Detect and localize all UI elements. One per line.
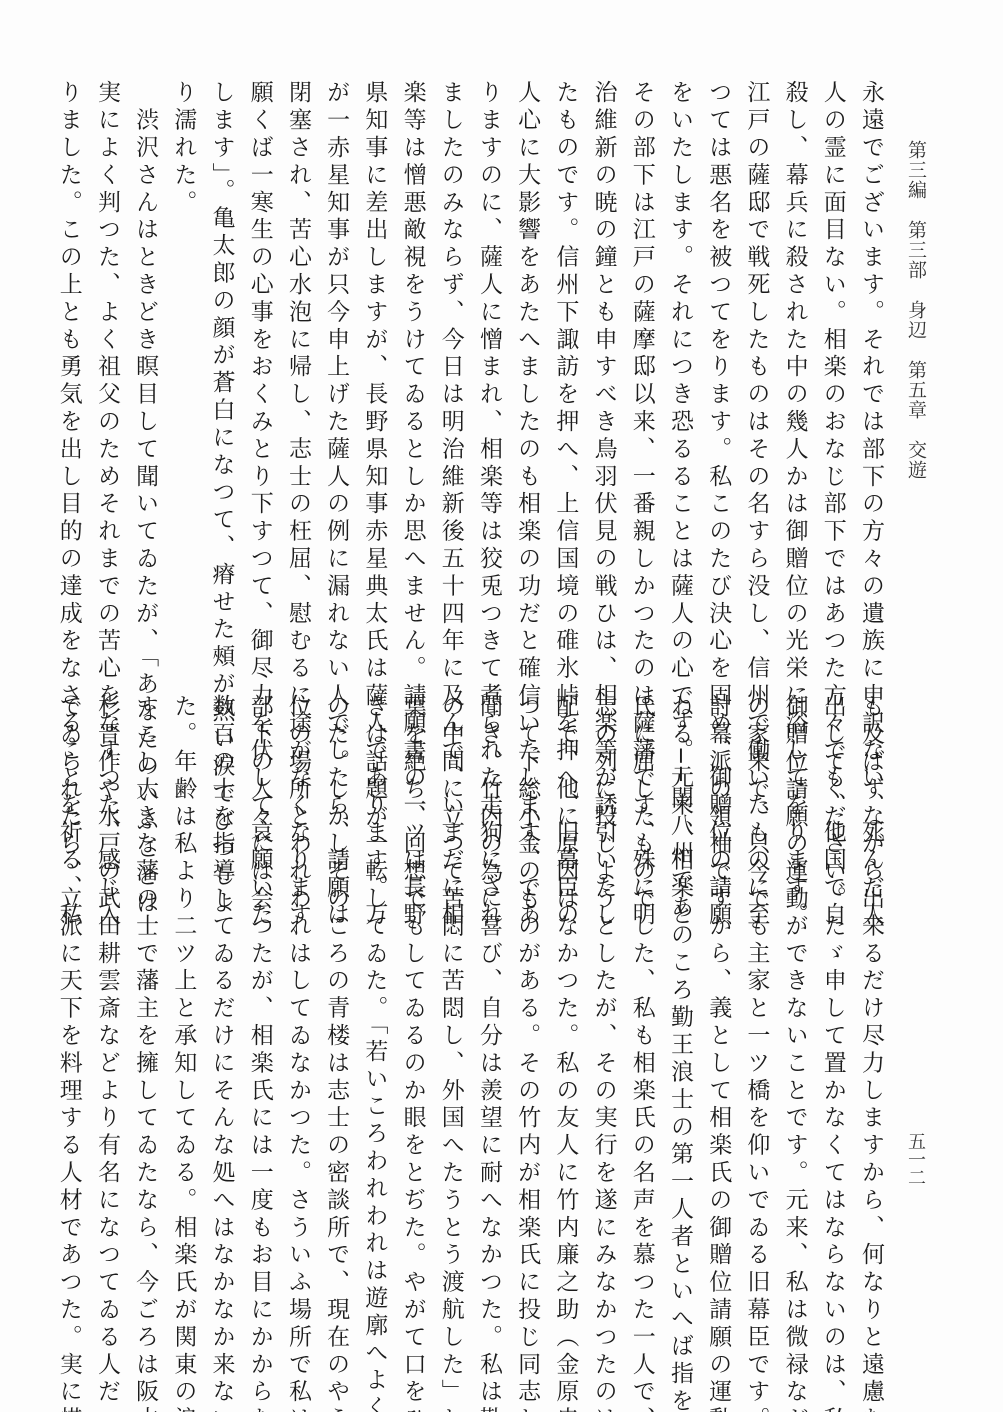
- text-column: たものです。信州下諏訪を押へ、上信国境の碓氷峠を押へ、旧幕臣の: [546, 80, 584, 670]
- text-column: 願くば一寒生の心事をおくみとり下すつて、御尽力を伏して哀願いた: [241, 80, 279, 670]
- text-column: のだ。しかしそのころの青楼は志士の密談所で、現在のやうに遊興本: [317, 694, 355, 1354]
- text-column: も及ばずながら出来るだけ尽力しますから、何なりと遠慮なく注文を: [852, 694, 890, 1354]
- text-column: 杉晋作や水戸の武田耕雲斎などより有名になつてゐる人だつた。存命: [88, 694, 126, 1354]
- text-column: 人の霊に面目ない。相楽のおなじ部下ではあつた方々でも、他国で自: [814, 80, 852, 670]
- text-column: します」。亀太郎の顔が蒼白になつて、瘠せた頰が熱い涙でびつしよ: [202, 80, 240, 670]
- running-head: 第三編 第三部 身辺 第五章 交遊: [900, 140, 930, 460]
- text-column: 実によく判つた、よく祖父のためそれまでの苦心をなすつた、感じ入: [88, 80, 126, 670]
- page-number: 五一二: [898, 1132, 928, 1212]
- text-column: りました。この上とも勇気を出し目的の達成をなさることを祈る、私: [50, 80, 88, 670]
- text-column: 志の列に投じようとしたが、その実行を遂にみなかつたのは運命の支: [584, 694, 622, 1354]
- text-column: 討幕派の領袖ですから、義として相楽氏の御贈位請願の運動ができか: [699, 694, 737, 1354]
- text-column: 聞き、竹内の為に喜び、自分は羨望に耐へなかつた。私は勤王と佐幕: [470, 694, 508, 1354]
- text-column: 治維新の暁の鐘とも申すべき鳥羽伏見の戦ひは、相楽等が誘引いたし: [584, 80, 622, 670]
- text-column: 氏に屈したものでした、私も相楽氏の名声を慕つた一人で、幾度も同: [623, 694, 661, 1354]
- text-column: つて下総小金のものがある。その竹内が相楽氏に投じ同志となつたと: [508, 694, 546, 1354]
- text-column: 楽等は憎悪敵視をうけてゐるとしか思へません。請願書の一ツは長野: [393, 80, 431, 670]
- text-column: 人心に大影響をあたへましたのも相楽の功だと確信いたします、であ: [508, 80, 546, 670]
- text-column: つては悪名を被つてをります。私このたび決心を固め、御贈位の請願: [699, 80, 737, 670]
- text-column: た。年齢は私より二ツ上と承知してゐる。相楽氏が関東の浪士でなく: [164, 694, 202, 1354]
- text-column: 配で、他に原因はなかつた。私の友人に竹内廉之助（金原忠蔵）とい: [546, 694, 584, 1354]
- text-column: の家来で、只今でも主家と一ツ橋を仰いでゐる旧幕臣です。相楽氏は: [737, 694, 775, 1354]
- text-column: きは話題が一転してゐた。「若いころわれわれは遊廓へよく行つたも: [355, 694, 393, 1354]
- text-column: すこし大きな藩の士で藩主を擁してゐたなら、今ごろは阪本竜馬や高: [126, 694, 164, 1354]
- text-column: をいたします。それにつき恐るることは薩人の心です。元来、相楽と: [661, 80, 699, 670]
- text-column: 県知事に差出しますが、長野県知事赤星典太氏は薩人であります。万: [355, 80, 393, 670]
- text-column: り濡れた。: [164, 80, 202, 670]
- text-column: 江戸の薩邸で戦死したものはその名すら没し、信州で働いたものに至: [737, 80, 775, 670]
- text-column: の中間に立つて苦悶に苦悶し、外国へたうとう渡航した」といつて言: [432, 694, 470, 1354]
- text-column: ましたのみならず、今日は明治維新後五十四年に及んで、いまだに相: [432, 80, 470, 670]
- text-column: ねる──関八州であのころ勤王浪士の第一人者といへば指をまづ相楽: [661, 694, 699, 1354]
- text-column: りますのに、薩人に憎まれ、相楽等は狡兎つきて煮られた走狗にされ: [470, 80, 508, 670]
- text-column: 出してください。たゞ申して置かなくてはならないのは、私の立場上: [814, 694, 852, 1354]
- bottom-text-block: も及ばずながら出来るだけ尽力しますから、何なりと遠慮なく注文を 出してください。…: [50, 694, 890, 1354]
- text-column: 御贈位請願の運動ができないことです。元来、私は微禄ながら一ツ橋: [775, 694, 813, 1354]
- text-column: 閉塞され、苦心水泡に帰し、志士の枉屈、慰むるに途がなくなります: [279, 80, 317, 670]
- text-column: 葉を絶ち、回想でもしてゐるのか眼をとぢた。やがて口をひらいたと: [393, 694, 431, 1354]
- text-column: 部下の人々には会つたが、相楽氏には一度もお目にかからなかつた、: [241, 694, 279, 1354]
- text-column: 渋沢さんはときどき瞑目して聞いてゐたが、「あなたのいふことは: [126, 80, 164, 670]
- book-page: 第三編 第三部 身辺 第五章 交遊 永遠でございます。それでは部下の方々の遺族に…: [0, 0, 1003, 1412]
- text-column: が一赤星知事が只今申上げた薩人の例に漏れない人でしたら、請願は: [317, 80, 355, 670]
- text-column: 数百の士を指導してゐるだけにそんな処へはなかなか来ないやうだつ: [202, 694, 240, 1354]
- text-column: でゐられたら、立派に天下を料理する人材であつた。実に惜しむべき: [50, 694, 88, 1354]
- text-column: その部下は江戸の薩摩邸以来、一番親しかつたのは薩藩です、殊に明: [623, 80, 661, 670]
- top-text-block: 永遠でございます。それでは部下の方々の遺族に申訳ない、死んだ人 人の霊に面目ない…: [50, 80, 890, 670]
- text-column: 永遠でございます。それでは部下の方々の遺族に申訳ない、死んだ人: [852, 80, 890, 670]
- text-column: 位の場所とわれわれはしてゐなかつた。さういふ場所で私は相楽氏の: [279, 694, 317, 1354]
- text-column: 殺し、幕兵に殺された中の幾人かは御贈位の光栄に浴してをります。: [775, 80, 813, 670]
